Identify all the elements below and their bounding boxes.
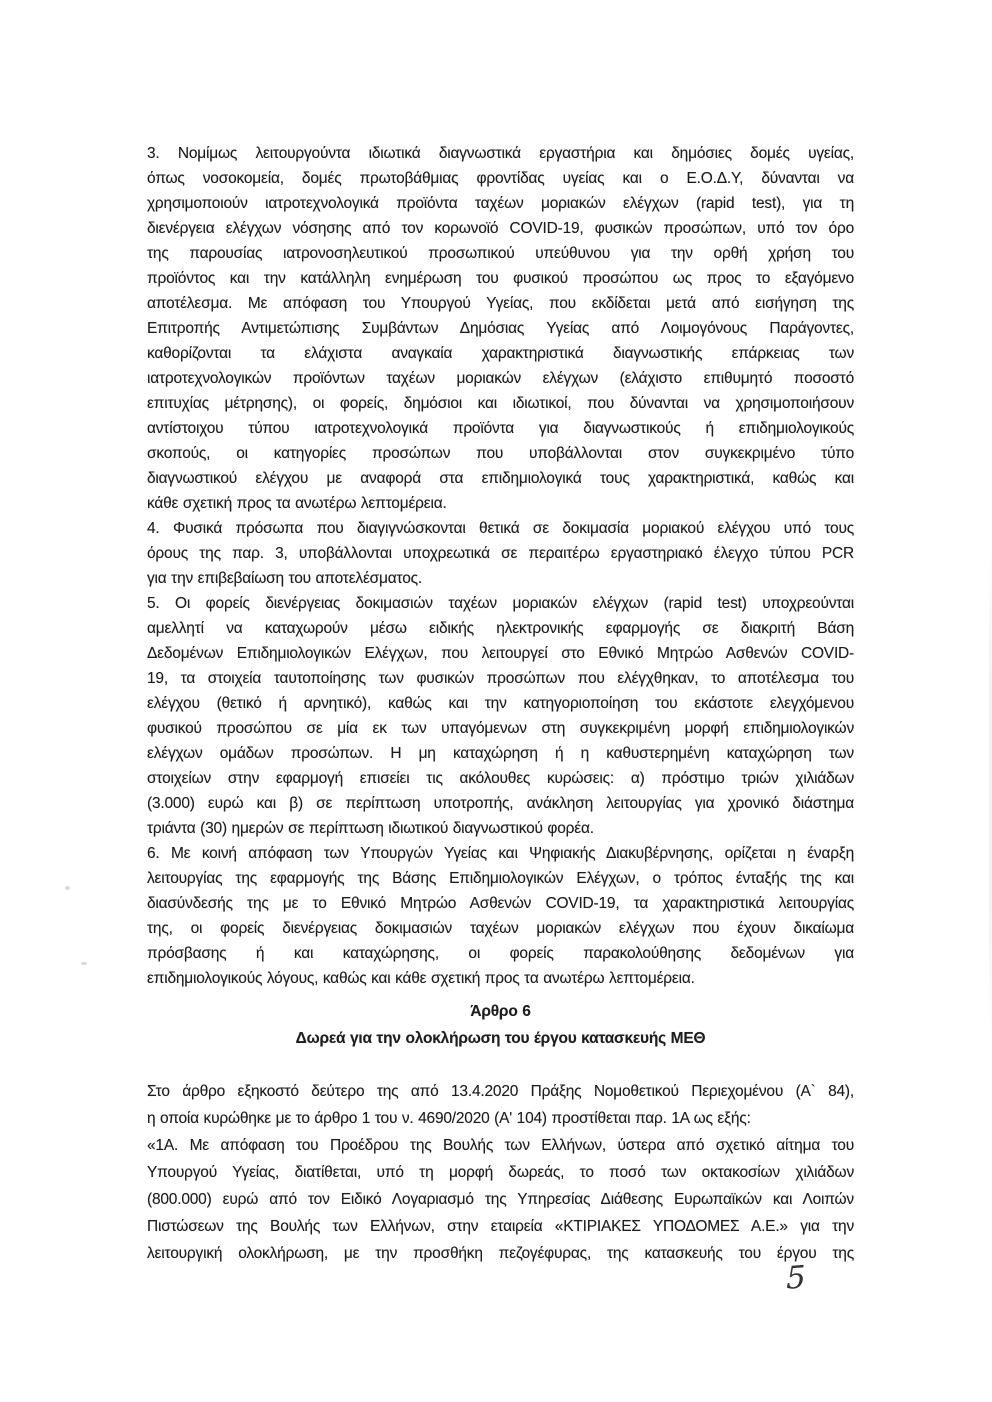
page-number: 5 [786, 1259, 806, 1296]
paragraph-6: 6. Με κοινή απόφαση των Υπουργών Υγείας … [147, 841, 854, 991]
text-line: κάθε σχετική προς τα ανωτέρω λεπτομέρεια… [147, 491, 854, 516]
text-line: χρησιμοποιούν ιατροτεχνολογικά προϊόντα … [147, 191, 854, 216]
text-line: αμελλητί να καταχωρούν μέσω ειδικής ηλεκ… [147, 616, 854, 641]
text-line: ιατροτεχνολογικών προϊόντων ταχέων μορια… [147, 366, 854, 391]
text-line: διενέργεια ελέγχων νόσησης από τον κορων… [147, 216, 854, 241]
text-line: τριάντα (30) ημερών σε περίπτωση ιδιωτικ… [147, 816, 854, 841]
text-line: στοιχείων στην εφαρμογή επισείει τις ακό… [147, 766, 854, 791]
text-line: (3.000) ευρώ και β) σε περίπτωση υποτροπ… [147, 791, 854, 816]
text-line: Επιτροπής Αντιμετώπισης Συμβάντων Δημόσι… [147, 316, 854, 341]
text-line: λειτουργική ολοκλήρωση, με την προσθήκη … [147, 1240, 854, 1267]
text-line: διαγνωστικού ελέγχου με αναφορά στα επιδ… [147, 466, 854, 491]
text-line: για την επιβεβαίωση του αποτελέσματος. [147, 566, 854, 591]
scan-speck [65, 886, 70, 890]
text-line: της, οι φορείς διενέργειας δοκιμασιών τα… [147, 916, 854, 941]
text-line: Πιστώσεων της Βουλής των Ελλήνων, στην ε… [147, 1213, 854, 1240]
text-line: αποτέλεσμα. Με απόφαση του Υπουργού Υγεί… [147, 291, 854, 316]
text-line: λειτουργίας της εφαρμογής της Βάσης Επιδ… [147, 866, 854, 891]
scanned-document-page: 3. Νομίμως λειτουργούντα ιδιωτικά διαγνω… [0, 0, 992, 1402]
article-6-body: Στο άρθρο εξηκοστό δεύτερο της από 13.4.… [147, 1078, 854, 1267]
text-line: η οποία κυρώθηκε με το άρθρο 1 του ν. 46… [147, 1105, 854, 1132]
text-line: «1Α. Με απόφαση του Προέδρου της Βουλής … [147, 1132, 854, 1159]
text-line: φυσικού προσώπου σε μία εκ των υπαγόμενω… [147, 716, 854, 741]
text-line: ελέγχων ομάδων προσώπων. Η μη καταχώρηση… [147, 741, 854, 766]
paragraph-5: 5. Οι φορείς διενέργειας δοκιμασιών ταχέ… [147, 591, 854, 841]
paragraph-3: 3. Νομίμως λειτουργούντα ιδιωτικά διαγνω… [147, 141, 854, 516]
text-line: Στο άρθρο εξηκοστό δεύτερο της από 13.4.… [147, 1078, 854, 1105]
text-line: επιδημιολογικούς λόγους, καθώς και κάθε … [147, 966, 854, 991]
text-line: καθορίζονται τα ελάχιστα αναγκαία χαρακτ… [147, 341, 854, 366]
scan-speck [81, 962, 87, 965]
text-line: διασύνδεσής της με το Εθνικό Μητρώο Ασθε… [147, 891, 854, 916]
text-line: Άρθρο 6 [147, 998, 854, 1025]
text-line: προϊόντος και την κατάλληλη ενημέρωση το… [147, 266, 854, 291]
text-line: όπως νοσοκομεία, δομές πρωτοβάθμιας φρον… [147, 166, 854, 191]
text-line: Δεδομένων Επιδημιολογικών Ελέγχων, που λ… [147, 641, 854, 666]
text-line: (800.000) ευρώ από τον Ειδικό Λογαριασμό… [147, 1186, 854, 1213]
text-line: 5. Οι φορείς διενέργειας δοκιμασιών ταχέ… [147, 591, 854, 616]
text-line: πρόσβασης ή και καταχώρησης, οι φορείς π… [147, 941, 854, 966]
paragraph-4: 4. Φυσικά πρόσωπα που διαγιγνώσκονται θε… [147, 516, 854, 591]
text-line: 3. Νομίμως λειτουργούντα ιδιωτικά διαγνω… [147, 141, 854, 166]
text-line: αντίστοιχου τύπου ιατροτεχνολογικά προϊό… [147, 416, 854, 441]
text-line: όρους της παρ. 3, υποβάλλονται υποχρεωτι… [147, 541, 854, 566]
text-line: 19, τα στοιχεία ταυτοποίησης των φυσικών… [147, 666, 854, 691]
text-line: 6. Με κοινή απόφαση των Υπουργών Υγείας … [147, 841, 854, 866]
text-line: σκοπούς, οι κατηγορίες προσώπων που υποβ… [147, 441, 854, 466]
text-line: ελέγχου (θετικό ή αρνητικό), καθώς και τ… [147, 691, 854, 716]
text-line: της παρουσίας ιατρονοσηλευτικού προσωπικ… [147, 241, 854, 266]
text-line: επιτυχίας μέτρησης), οι φορείς, δημόσιοι… [147, 391, 854, 416]
text-line: Υπουργού Υγείας, διατίθεται, υπό τη μορφ… [147, 1159, 854, 1186]
text-line: 4. Φυσικά πρόσωπα που διαγιγνώσκονται θε… [147, 516, 854, 541]
text-line: Δωρεά για την ολοκλήρωση του έργου κατασ… [147, 1025, 854, 1052]
document-body: 3. Νομίμως λειτουργούντα ιδιωτικά διαγνω… [147, 141, 854, 1267]
article-6-heading: Άρθρο 6Δωρεά για την ολοκλήρωση του έργο… [147, 998, 854, 1052]
